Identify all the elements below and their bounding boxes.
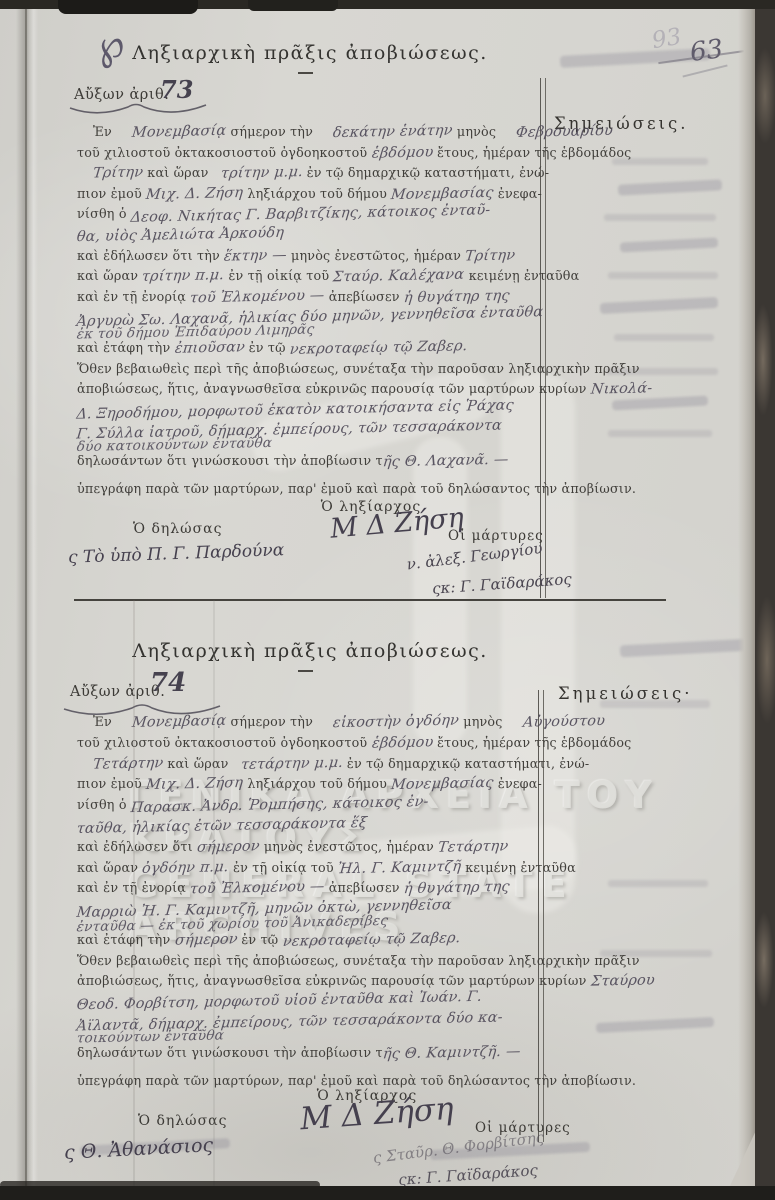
handwritten-entry: ῆς Θ. Καμιντζῆ. —: [382, 1043, 522, 1066]
handwritten-entry: ὀγδόην π.μ.: [141, 858, 230, 880]
handwritten-entry: νεκροταφείῳ τῷ Ζαβερ.: [281, 929, 461, 953]
printed-text: καὶ ἐδήλωσεν ὅτι: [77, 839, 197, 854]
printed-text: ἐνεφα-: [494, 776, 542, 791]
bleed-through-mark: [608, 272, 718, 279]
handwritten-entry: Φεβρουαρίου: [499, 121, 614, 144]
printed-text: καὶ ὥραν: [163, 756, 233, 771]
printed-text: ἐν τῷ δημαρχικῷ καταστήματι, ἐνώ-: [343, 756, 590, 771]
printed-text: ὑπεγράφη παρὰ τῶν μαρτύρων, παρ' ἐμοῦ κα…: [77, 1073, 636, 1088]
handwritten-entry: Μιχ. Δ. Ζήση: [145, 774, 244, 796]
bleed-through-mark: [596, 1017, 714, 1033]
printed-text: δηλωσάντων ὅτι γινώσκουσι τὴν ἀποβίωσιν …: [77, 1045, 383, 1060]
binding-edge-dark: [755, 0, 775, 1200]
record-74-serial-number: 74: [150, 668, 186, 698]
handwritten-entry: Μονεμβασίᾳ: [115, 121, 228, 144]
record-73-title: Ληξιαρχικὴ πρᾶξις ἀποβιώσεως.: [95, 42, 525, 64]
handwritten-entry: εἰκοστὴν ὀγδόην: [316, 712, 460, 735]
handwritten-entry: σήμερον: [174, 930, 239, 951]
printed-text: σήμερον τὴν: [226, 714, 317, 729]
handwritten-entry: Σταύρ. Καλέχανα: [332, 265, 465, 288]
printed-text: ὑπεγράφη παρὰ τῶν μαρτύρων, παρ' ἐμοῦ κα…: [77, 481, 636, 496]
handwritten-entry: ἑβδόμου: [370, 142, 434, 164]
handwritten-entry: Ἠλ. Γ. Καμιντζῆ: [337, 857, 462, 879]
printed-text: καὶ ἐν τῇ ἐνορίᾳ: [77, 289, 190, 304]
record-74-title: Ληξιαρχικὴ πρᾶξις ἀποβιώσεως.: [95, 640, 525, 662]
printed-text: καὶ ἐτάφη τὴν: [77, 340, 175, 355]
printed-text: Ἐν: [93, 714, 116, 729]
printed-text: μηνὸς ἐνεστῶτος, ἡμέραν: [287, 248, 466, 263]
record-separator-rule: [74, 599, 666, 601]
handwritten-entry: ταῦθα, ἡλικίας ἐτῶν τεσσαράκοντα ἕξ: [76, 814, 368, 840]
bleed-through-mark: [608, 430, 712, 437]
printed-text: καὶ ὥραν: [77, 268, 142, 283]
handwritten-entry: τρίτην μ.μ.: [212, 162, 304, 184]
printed-text: νίσθη ὁ: [77, 797, 131, 812]
printed-text: πιον ἐμοῦ: [77, 186, 146, 201]
handwritten-entry: τοικούντων ἐνταῦθα: [76, 1029, 224, 1044]
scanned-registry-page: ΓΕΝΙΚΑ ΑΡΧΕΙΑ ΤΟΥ ΚΡΑΤΟΥΣ GENERAL STATE …: [0, 0, 775, 1200]
handwritten-entry: Αὐγούστου: [506, 712, 606, 734]
handwritten-entry: Τετάρτην: [437, 837, 509, 858]
scan-edge-top: [58, 0, 198, 14]
binding-crease: [16, 0, 38, 1200]
printed-text: καὶ ἐδήλωσεν ὅτι τὴν: [77, 248, 224, 263]
printed-text: ἐν τῷ: [237, 932, 282, 947]
bleed-through-mark: [620, 639, 750, 658]
page-number-faint: 93: [650, 24, 683, 54]
handwritten-entry: ἐπιοῦσαν: [173, 337, 245, 359]
printed-text: ληξιάρχου τοῦ δήμου: [243, 776, 391, 791]
paper-fold-line: [133, 600, 135, 1200]
declarant-signature: ς Τὸ ὑπὸ Π. Γ. Παρδούνα: [68, 540, 285, 568]
handwritten-entry: τοῦ Ἐλκομένου —: [189, 285, 326, 308]
printed-text: νίσθη ὁ: [77, 206, 131, 221]
printed-text: καὶ ὥραν: [143, 165, 213, 180]
printed-text: ἐν τῷ δημαρχικῷ καταστήματι, ἐνώ-: [303, 165, 550, 180]
scan-edge-top: [248, 0, 338, 11]
printed-text: κειμένῃ ἐνταῦθα: [465, 268, 580, 283]
record-74-notes-label: Σημειώσεις·: [558, 684, 693, 703]
bleed-through-mark: [600, 297, 718, 314]
printed-text: ἀπεβίωσεν: [325, 289, 404, 304]
handwritten-entry: δεκάτην ἑνάτην: [316, 121, 454, 144]
printed-text: ἐν τῇ οἰκίᾳ τοῦ: [229, 860, 338, 875]
printed-text: Ὅθεν βεβαιωθεὶς περὶ τῆς ἀποβιώσεως, συν…: [77, 953, 640, 968]
handwritten-entry: δύο κατοικούντων ἐνταῦθα: [76, 437, 273, 453]
serial-underline-flourish: [68, 100, 208, 116]
handwritten-entry: Μιχ. Δ. Ζήση: [145, 183, 244, 206]
printed-text: ἀποβιώσεως, ἥτις, ἀναγνωσθεῖσα εὐκρινῶς …: [77, 973, 591, 988]
bleed-through-mark: [618, 179, 722, 195]
printed-text: δηλωσάντων ὅτι γινώσκουσι τὴν ἀποβίωσιν …: [77, 453, 383, 468]
handwritten-entry: Μονεμβασίᾳ: [115, 712, 227, 734]
printed-text: κειμένῃ ἐνταῦθα: [461, 860, 576, 875]
printed-text: τοῦ χιλιοστοῦ ὀκτακοσιοστοῦ ὀγδοηκοστοῦ: [77, 735, 372, 750]
printed-text: ἔτους, ἡμέραν τῆς ἑβδομάδος: [433, 145, 632, 160]
declarant-label: Ὁ δηλώσας: [133, 521, 222, 537]
printed-text: ἐνεφα-: [494, 186, 542, 201]
handwritten-entry: ῆς Θ. Λαχανᾶ. —: [382, 450, 510, 473]
binding-crease: [25, 0, 27, 1200]
printed-text: μηνὸς ἐνεστῶτος, ἡμέραν: [260, 839, 439, 854]
printed-text: ἀπεβίωσεν: [325, 880, 404, 895]
page-number-strike: [683, 64, 728, 77]
bleed-through-mark: [608, 880, 708, 887]
paper-fold-line: [213, 600, 215, 1200]
handwritten-entry: τρίτην π.μ.: [141, 265, 225, 287]
printed-text: Ὅθεν βεβαιωθεὶς περὶ τῆς ἀποβιώσεως, συν…: [77, 361, 640, 376]
handwritten-entry: τοῦ Ἐλκομένου —: [189, 878, 326, 901]
handwritten-entry: Τρίτην: [464, 245, 516, 267]
printed-text: ἔτους, ἡμέραν τῆς ἑβδομάδος: [433, 735, 632, 750]
bleed-through-mark: [604, 214, 716, 221]
printed-text: μηνὸς: [459, 714, 507, 729]
scan-edge-bottom: [0, 1186, 775, 1200]
handwritten-entry: νεκροταφείῳ τῷ Ζαβερ.: [289, 336, 469, 360]
printed-text: ἐν τῇ οἰκίᾳ τοῦ: [224, 268, 333, 283]
page-number: 63: [688, 34, 725, 68]
witness-signatures: ν. ἀλεξ. Γεωργίουςκ: Γ. Γαϊδαράκος: [406, 544, 596, 592]
printed-text: τοῦ χιλιοστοῦ ὀκτακοσιοστοῦ ὀγδοηκοστοῦ: [77, 145, 372, 160]
handwritten-entry: θα, υἱὸς Ἀμελιώτα Ἀρκούδη: [76, 223, 285, 248]
handwritten-entry: Νικολά-: [590, 378, 653, 400]
handwritten-entry: ἑβδόμου: [370, 733, 434, 754]
handwritten-entry: ἕκτην —: [223, 245, 288, 267]
printed-text: ἀποβιώσεως, ἥτις, ἀναγνωσθεῖσα εὐκρινῶς …: [77, 381, 591, 396]
printed-text: σήμερον τὴν: [226, 124, 317, 139]
handwritten-entry: Τρίτην: [84, 163, 144, 185]
printed-text: ἐν τῷ: [245, 340, 290, 355]
declarant-signature: ς Θ. Ἀθανάσιος: [64, 1134, 214, 1164]
handwritten-entry: σήμερον: [196, 837, 261, 858]
record-74-body: Ἐν Μονεμβασίᾳ σήμερον τὴν εἰκοστὴν ὀγδόη…: [77, 712, 553, 1091]
printed-text: Ἐν: [93, 124, 116, 139]
handwritten-entry: τετάρτην μ.μ.: [232, 753, 344, 775]
bleed-through-mark: [614, 334, 714, 341]
handwritten-entry: Σταύρου: [590, 971, 656, 992]
handwritten-entry: Τετάρτην: [84, 754, 164, 775]
title-dash: [298, 670, 313, 672]
title-dash: [298, 72, 313, 74]
bleed-through-mark: [620, 237, 718, 252]
record-73-body: Ἐν Μονεμβασίᾳ σήμερον τὴν δεκάτην ἑνάτην…: [77, 122, 553, 499]
page-stack-edge: [738, 0, 756, 1200]
witness-signatures: ς Σταῦρ. Θ. Φορβίτσηςςκ: Γ. Γαϊδαράκος: [372, 1132, 652, 1180]
printed-text: μηνὸς: [453, 124, 501, 139]
printed-text: ληξιάρχου τοῦ δήμου: [243, 186, 391, 201]
printed-text: πιον ἐμοῦ: [77, 776, 146, 791]
